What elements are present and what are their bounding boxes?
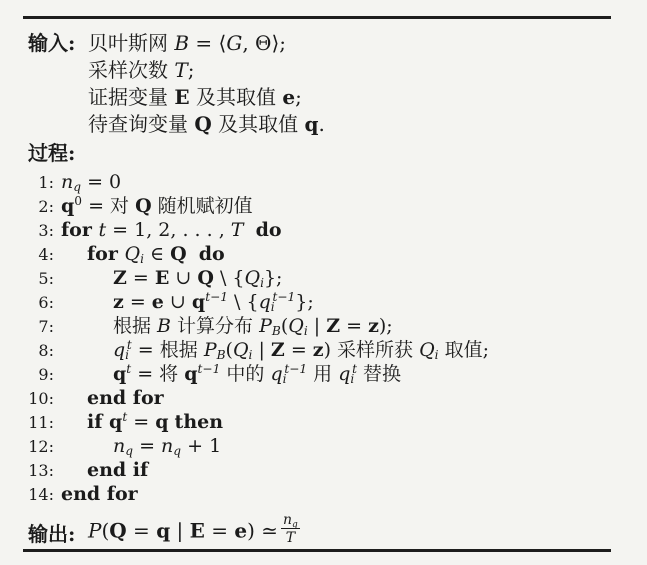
text-segment: = [124,291,152,313]
text-segment: = [127,267,155,289]
step-number: 9: [28,365,54,384]
input-label: 输入: [28,27,88,56]
step-content: end for [61,386,164,410]
text-segment: 根据 [113,315,157,337]
text-segment: Z [113,267,127,289]
text-segment: 待查询变量 [88,112,194,136]
step-row: 2:q0 = 对 Q 随机赋初值 [28,194,616,218]
input-lines: 贝叶斯网 B = ⟨G, Θ⟩;采样次数 T;证据变量 E 及其取值 e;待查询… [88,30,616,138]
step-number: 6: [28,293,54,312]
text-segment: q [259,291,271,313]
text-segment: t [126,362,131,376]
text-segment: B [157,315,171,337]
text-segment: = 0 [81,171,121,193]
text-segment: ) ≃ [247,519,278,543]
text-segment: n [61,171,73,193]
text-segment: end for [87,387,164,409]
process-label: 过程: [28,139,616,168]
text-segment: ∈ [144,243,170,265]
text-segment: 中的 [220,363,270,385]
text-segment: T [231,219,244,241]
text-segment: = [133,435,161,457]
text-segment: do [256,219,282,241]
text-segment: P [88,519,101,543]
output-section: 输出: P(Q = q | E = e) ≃nqT [28,515,616,549]
text-segment: q [156,519,170,543]
text-segment: t−1 [198,362,221,376]
text-segment: Q [233,339,249,361]
text-segment: z [368,315,379,337]
text-segment: end for [61,483,138,505]
text-segment: i [140,252,144,266]
input-line: 采样次数 T; [88,57,616,84]
step-row: 6:z = e ∪ qt−1 \ {qit−1}; [28,290,616,314]
text-segment: 贝叶斯网 [88,31,174,55]
step-content: end for [61,482,138,506]
text-segment: i [435,348,439,362]
text-segment: Q [245,267,261,289]
text-segment: = [127,519,156,543]
text-segment: then [175,411,224,433]
text-segment: q [184,363,197,385]
text-segment: q [305,112,319,136]
text-segment: end if [87,459,148,481]
text-segment: Q [197,267,214,289]
text-segment: Z [271,339,285,361]
text-segment: 随机赋初值 [152,195,253,217]
text-segment: + 1 [181,435,221,457]
text-segment: for [61,219,98,241]
text-segment: , Θ⟩; [242,31,286,55]
text-segment: | [252,339,270,361]
text-segment: = 根据 [132,339,204,361]
text-segment: q [338,363,350,385]
text-segment: E [155,267,169,289]
step-number: 8: [28,341,54,360]
step-content: qit = 根据 PB(Qi | Z = z) 采样所获 Qi 取值; [61,338,489,364]
step-number: 10: [28,389,54,408]
input-line: 证据变量 E 及其取值 e; [88,84,616,111]
step-number: 1: [28,173,54,192]
text-segment: t [352,362,357,376]
step-content: for t = 1, 2, . . . , T do [61,218,282,242]
step-row: 9:qt = 将 qt−1 中的 qit−1 用 qit 替换 [28,362,616,386]
step-row: 1:nq = 0 [28,170,616,194]
text-segment: t [127,338,132,352]
text-segment: q [292,520,298,530]
text-segment: e [234,519,247,543]
text-segment: n [113,435,125,457]
text-segment: q [109,411,122,433]
text-segment: for [87,243,124,265]
step-number: 5: [28,269,54,288]
text-segment: t−1 [272,290,295,304]
text-segment: }; [264,267,283,289]
text-segment: q [173,444,181,458]
text-segment: E [190,519,205,543]
text-segment: = [340,315,368,337]
text-segment: B [272,324,281,338]
step-number: 3: [28,221,54,240]
text-segment: z [113,291,124,313]
text-segment: e [282,85,295,109]
text-segment: ; [188,58,195,82]
text-segment: q [270,363,282,385]
step-row: 13:end if [28,458,616,482]
text-segment: e [152,291,164,313]
text-segment: = [127,411,155,433]
text-segment: 计算分布 [171,315,259,337]
text-segment: ( [226,339,233,361]
step-content: z = e ∪ qt−1 \ {qit−1}; [61,290,314,316]
text-segment: 及其取值 [190,85,283,109]
step-content: for Qi ∈ Q do [61,242,225,268]
step-number: 13: [28,461,54,480]
step-row: 8:qit = 根据 PB(Qi | Z = z) 采样所获 Qi 取值; [28,338,616,362]
text-segment: G [226,31,242,55]
text-segment: q [113,363,126,385]
text-segment: = [285,339,313,361]
text-segment: = ⟨ [189,31,226,55]
text-segment: \ { [228,291,259,313]
text-segment: n [161,435,173,457]
text-segment: Q [135,195,152,217]
text-segment: B [217,348,226,362]
text-segment: P [259,315,272,337]
step-content: q0 = 对 Q 随机赋初值 [61,194,253,220]
output-expression: P(Q = q | E = e) ≃nqT [88,515,300,549]
text-segment: Q [288,315,304,337]
text-segment: z [313,339,324,361]
text-segment: t [98,219,106,241]
input-section: 输入: 贝叶斯网 B = ⟨G, Θ⟩;采样次数 T;证据变量 E 及其取值 e… [28,27,616,138]
text-segment: 采样次数 [88,58,174,82]
steps-list: 1:nq = 02:q0 = 对 Q 随机赋初值3:for t = 1, 2, … [28,170,616,506]
text-segment: 证据变量 [88,85,174,109]
text-segment: ) 采样所获 [324,339,420,361]
step-row: 4:for Qi ∈ Q do [28,242,616,266]
text-segment: }; [295,291,314,313]
step-content: nq = 0 [61,170,121,196]
text-segment: i [249,348,253,362]
text-segment: q [113,339,125,361]
text-segment: Q [109,519,126,543]
text-segment: = [205,519,234,543]
step-content: if qt = q then [61,410,223,436]
text-segment: Q [419,339,435,361]
step-row: 5:Z = E ∪ Q \ {Qi}; [28,266,616,290]
text-segment: ; [295,85,302,109]
fraction-numerator: nq [281,512,300,529]
text-segment: Z [326,315,340,337]
step-number: 7: [28,317,54,336]
step-number: 4: [28,245,54,264]
step-row: 11:if qt = q then [28,410,616,434]
text-segment: E [174,85,189,109]
text-segment: t−1 [284,362,307,376]
step-row: 14:end for [28,482,616,506]
text-segment: q [155,411,168,433]
text-segment: = 对 [82,195,135,217]
bottom-rule [23,549,611,552]
text-segment: 及其取值 [212,112,305,136]
step-content: end if [61,458,148,482]
step-content: Z = E ∪ Q \ {Qi}; [61,266,282,292]
text-segment: . [318,112,324,136]
text-segment: t−1 [205,290,228,304]
scanned-algorithm-page: 输入: 贝叶斯网 B = ⟨G, Θ⟩;采样次数 T;证据变量 E 及其取值 e… [0,0,647,565]
text-segment: t [122,410,127,424]
text-segment: | [308,315,326,337]
text-segment: i [260,276,264,290]
step-row: 10:end for [28,386,616,410]
text-segment: T [286,530,295,546]
text-segment: 0 [74,194,82,208]
step-content: qt = 将 qt−1 中的 qit−1 用 qit 替换 [61,362,401,388]
text-segment: 用 [307,363,338,385]
text-segment: n [283,512,292,528]
text-segment: = 1, 2, . . . , [106,219,231,241]
top-rule [23,16,611,19]
text-segment: q [73,180,81,194]
fraction-denominator: T [286,529,295,546]
step-row: 12:nq = nq + 1 [28,434,616,458]
text-segment: q [125,444,133,458]
text-segment: ∪ [169,267,197,289]
text-segment [243,219,255,241]
text-segment: B [174,31,189,55]
text-segment: if [87,411,109,433]
text-segment: Q [170,243,187,265]
text-segment: 取值; [439,339,489,361]
step-number: 14: [28,485,54,504]
text-segment: Q [194,112,211,136]
input-line: 待查询变量 Q 及其取值 q. [88,111,616,138]
step-row: 3:for t = 1, 2, . . . , T do [28,218,616,242]
text-segment: q [192,291,205,313]
text-segment: P [204,339,217,361]
output-label: 输出: [28,518,88,547]
fraction: nqT [281,512,300,546]
text-segment: ∪ [164,291,192,313]
text-segment: T [174,58,187,82]
text-segment: do [199,243,225,265]
algorithm-box: 输入: 贝叶斯网 B = ⟨G, Θ⟩;采样次数 T;证据变量 E 及其取值 e… [28,27,616,549]
text-segment: \ { [214,267,245,289]
step-content: 根据 B 计算分布 PB(Qi | Z = z); [61,314,393,340]
step-number: 12: [28,437,54,456]
input-line: 贝叶斯网 B = ⟨G, Θ⟩; [88,30,616,57]
text-segment: i [304,324,308,338]
step-number: 2: [28,197,54,216]
step-number: 11: [28,413,54,432]
text-segment: 替换 [357,363,401,385]
text-segment: ); [379,315,393,337]
text-segment: Q [124,243,140,265]
text-segment: q [61,195,74,217]
step-content: nq = nq + 1 [61,434,221,460]
text-segment: | [170,519,189,543]
text-segment [187,243,199,265]
step-row: 7:根据 B 计算分布 PB(Qi | Z = z); [28,314,616,338]
text-segment: = 将 [131,363,184,385]
